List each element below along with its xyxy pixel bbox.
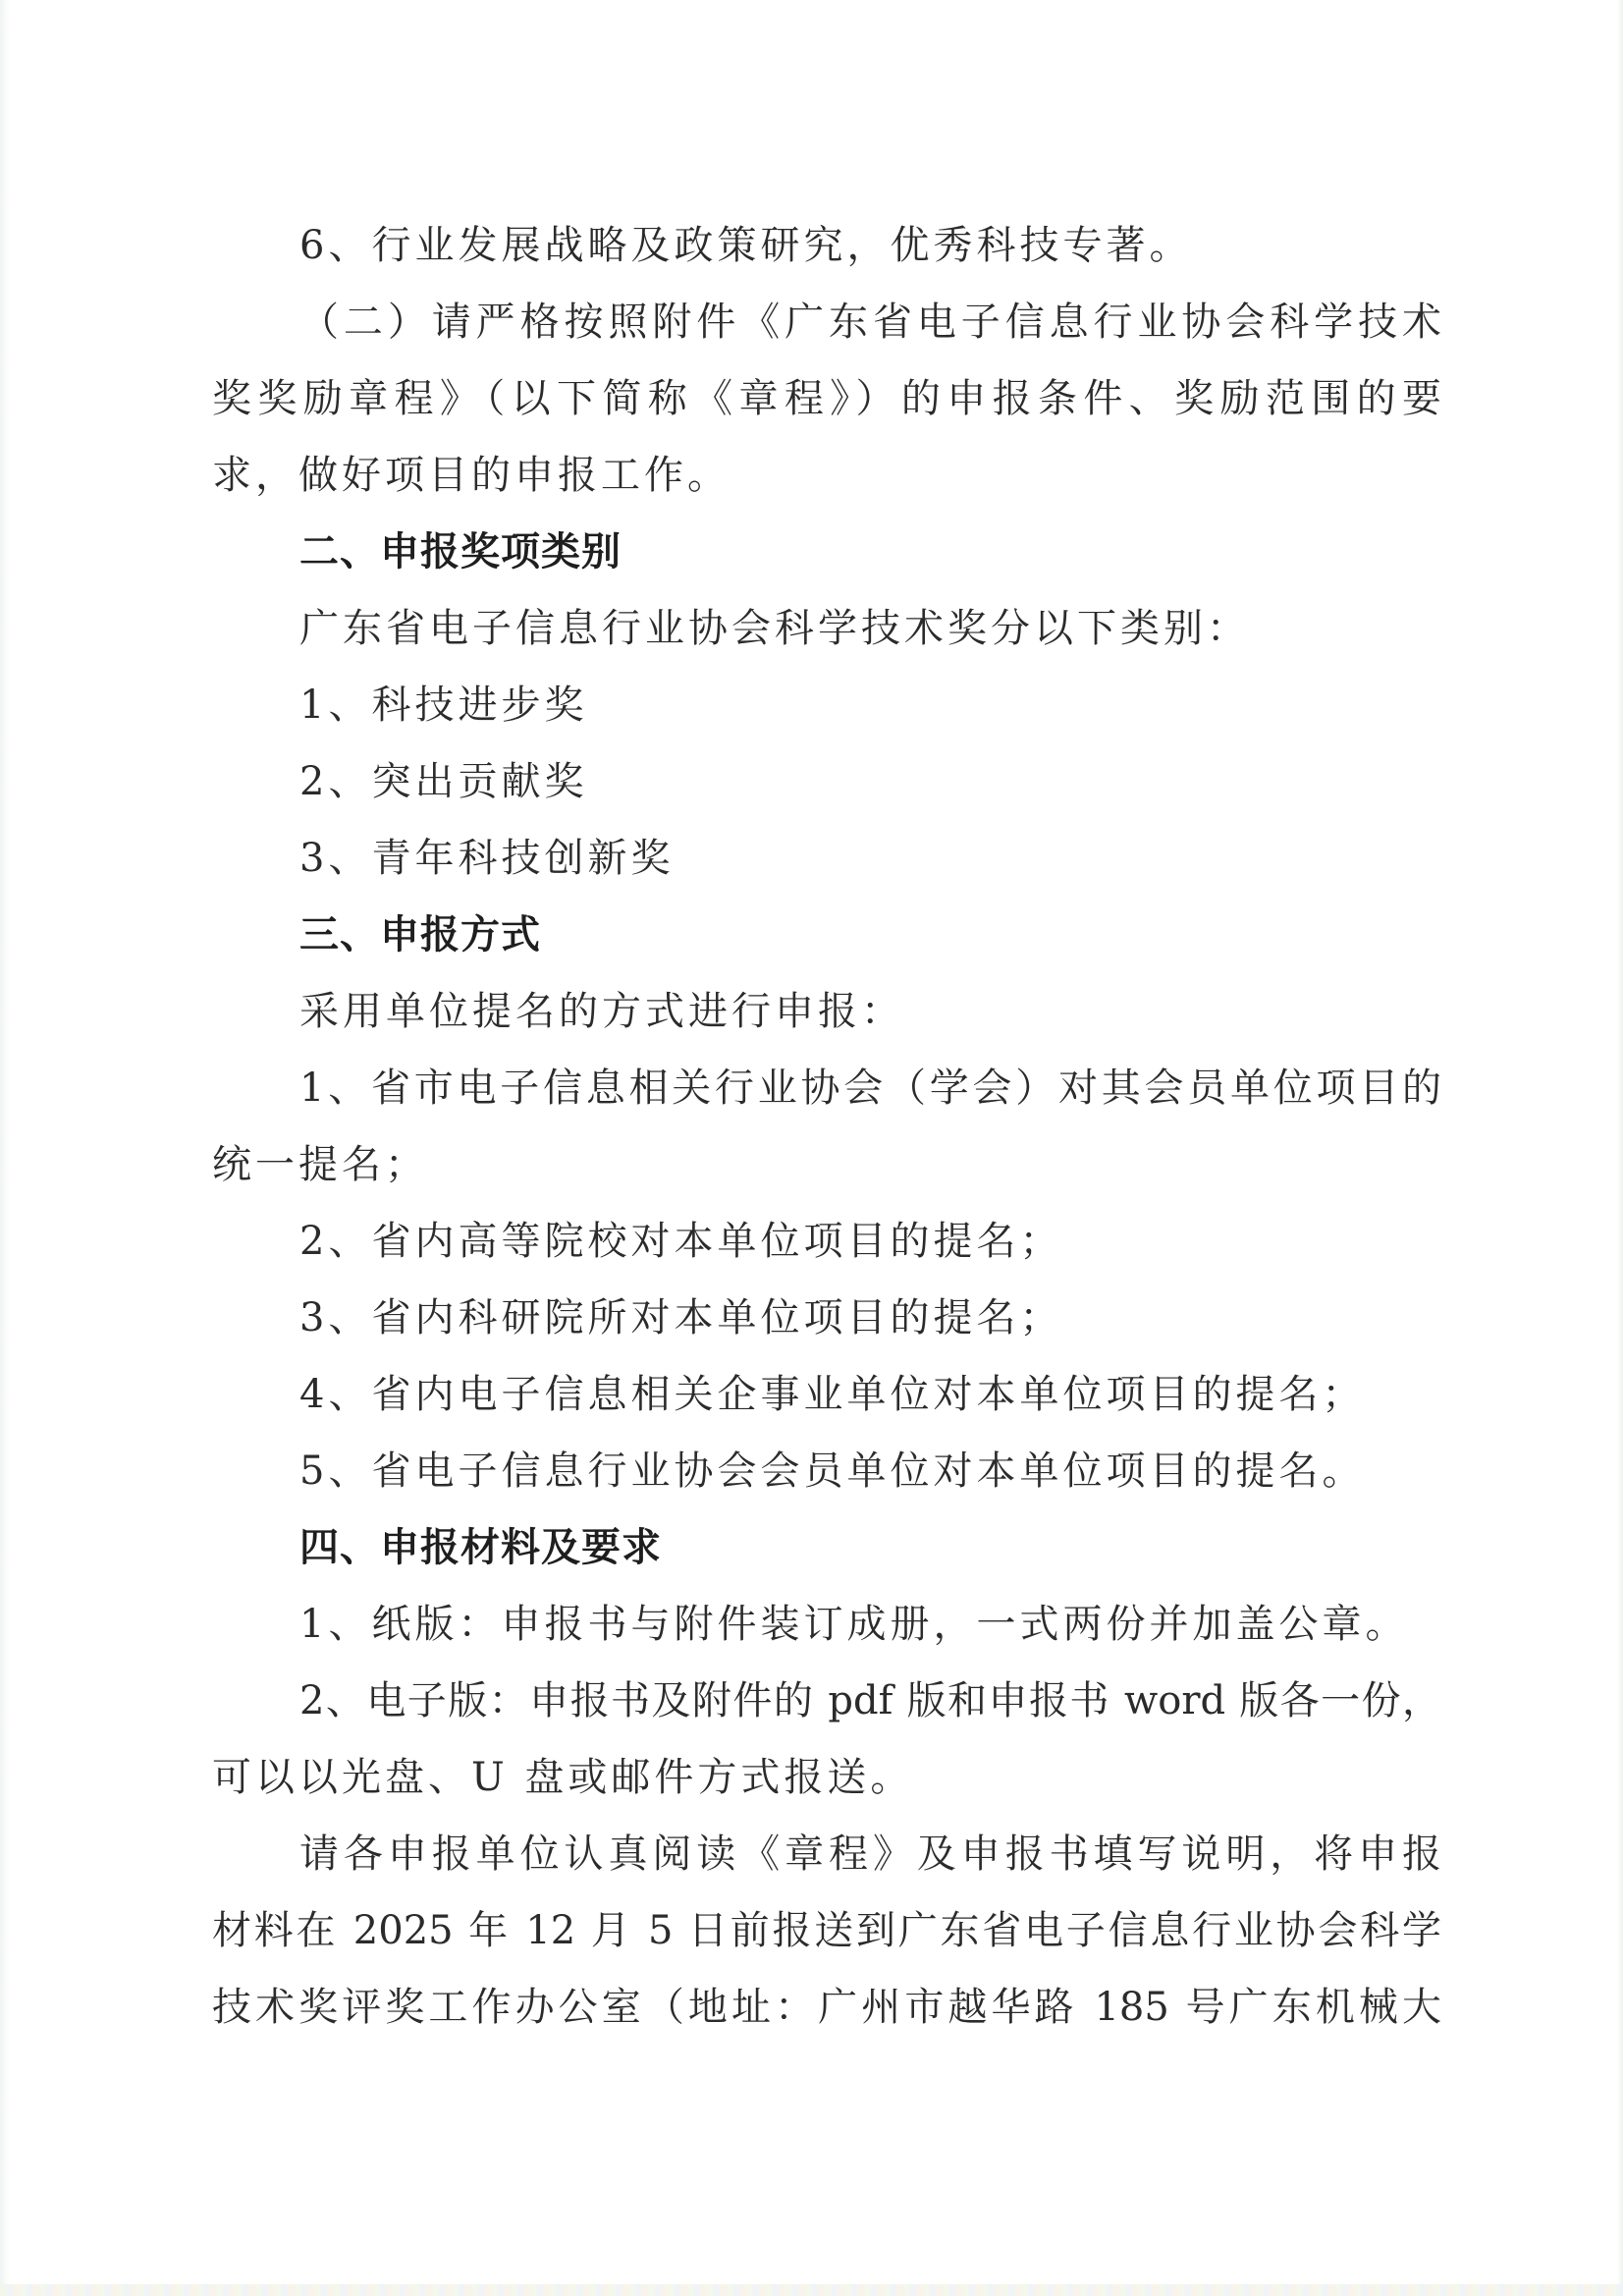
- paragraph-categories-intro: 广东省电子信息行业协会科学技术奖分以下类别：: [299, 601, 1250, 656]
- list-item-enterprises: 4、省内电子信息相关企事业单位对本单位项目的提名；: [299, 1367, 1365, 1422]
- list-item-youth-innovation-award: 3、青年科技创新奖: [299, 831, 674, 886]
- paragraph-requirement-line-3: 求，做好项目的申报工作。: [212, 448, 730, 503]
- paragraph-submission-line-1: 请各申报单位认真阅读《章程》及申报书填写说明，将申报: [299, 1827, 1441, 1882]
- scan-edge-left: [0, 0, 10, 2296]
- scan-edge-right: [1617, 0, 1623, 2296]
- list-item-paper-version: 1、纸版：申报书与附件装订成册，一式两份并加盖公章。: [299, 1597, 1408, 1652]
- paragraph-requirement-line-2: 奖奖励章程》（以下简称《章程》）的申报条件、奖励范围的要: [212, 371, 1441, 426]
- section-heading-application-method: 三、申报方式: [299, 907, 541, 962]
- list-item-electronic-version-line-2: 可以以光盘、U 盘或邮件方式报送。: [212, 1750, 913, 1805]
- paragraph-submission-line-2: 材料在 2025 年 12 月 5 日前报送到广东省电子信息行业协会科学: [212, 1903, 1441, 1958]
- list-item-policy-research: 6、行业发展战略及政策研究，优秀科技专著。: [299, 218, 1192, 273]
- list-item-outstanding-contribution-award: 2、突出贡献奖: [299, 754, 587, 809]
- paragraph-submission-line-3: 技术奖评奖工作办公室（地址：广州市越华路 185 号广东机械大: [212, 1980, 1441, 2035]
- list-item-tech-progress-award: 1、科技进步奖: [299, 678, 587, 733]
- section-heading-award-categories: 二、申报奖项类别: [299, 524, 622, 579]
- section-heading-materials: 四、申报材料及要求: [299, 1520, 662, 1575]
- paragraph-requirement-line-1: （二）请严格按照附件《广东省电子信息行业协会科学技术: [299, 295, 1441, 350]
- list-item-research-institutes: 3、省内科研院所对本单位项目的提名；: [299, 1290, 1062, 1345]
- document-page: 6、行业发展战略及政策研究，优秀科技专著。 （二）请严格按照附件《广东省电子信息…: [0, 0, 1623, 2296]
- paragraph-method-intro: 采用单位提名的方式进行申报：: [299, 984, 904, 1039]
- list-item-member-units: 5、省电子信息行业协会会员单位对本单位项目的提名。: [299, 1444, 1365, 1499]
- list-item-universities: 2、省内高等院校对本单位项目的提名；: [299, 1214, 1062, 1269]
- list-item-associations-line-1: 1、省市电子信息相关行业协会（学会）对其会员单位项目的: [299, 1061, 1441, 1116]
- list-item-associations-line-2: 统一提名；: [212, 1137, 428, 1192]
- scan-artifact-band: [0, 2284, 1623, 2296]
- list-item-electronic-version-line-1: 2、电子版：申报书及附件的 pdf 版和申报书 word 版各一份，: [299, 1673, 1441, 1728]
